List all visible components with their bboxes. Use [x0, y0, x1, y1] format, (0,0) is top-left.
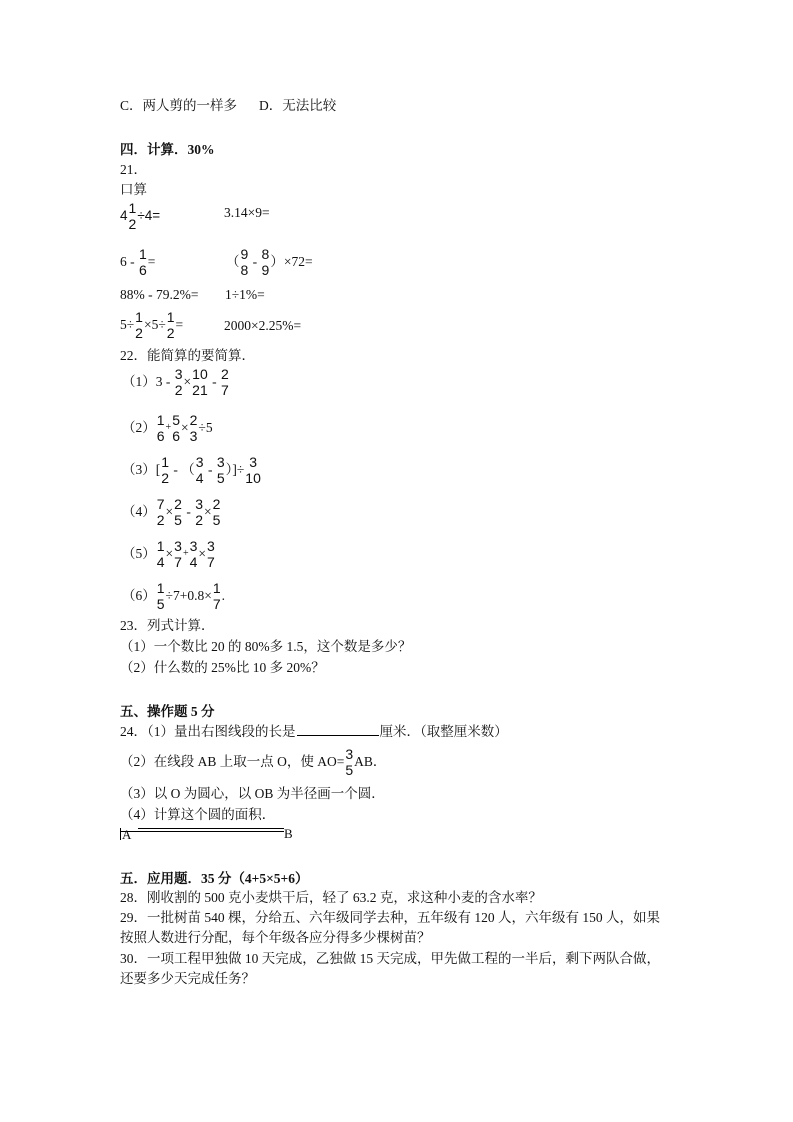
expr-text: （ — [226, 254, 240, 270]
expr-text: ÷4= — [137, 208, 160, 224]
expr-text: [ — [156, 462, 161, 478]
q21-label: 口算 — [120, 182, 147, 198]
fraction: 34 — [196, 454, 204, 486]
q21-item-a: 4 12 ÷4= — [120, 200, 160, 232]
q21-item-c: 6 - 16 = — [120, 246, 155, 278]
fraction: 14 — [157, 538, 165, 570]
part-label: （4） — [122, 504, 156, 520]
q21-item-b: 3.14×9= — [224, 205, 270, 221]
expr-text: = — [148, 254, 156, 270]
fraction: 17 — [213, 580, 221, 612]
q28: 28．刚收割的 500 克小麦烘干后，轻了 63.2 克，求这种小麦的含水率？ — [120, 890, 542, 906]
fraction: 15 — [157, 580, 165, 612]
section-4-title: 四．计算．30% — [120, 142, 215, 158]
fraction: 12 — [129, 200, 137, 232]
expr-text: + — [183, 546, 189, 562]
fraction: 98 — [241, 246, 249, 278]
q22-part-3: （3） [ 12 - （ 34 - 35 ）]÷ 310 — [122, 454, 262, 486]
q24-part-1-suffix: 厘米．（取整厘米数） — [380, 724, 508, 739]
q24-part-1-text: 24．（1）量出右图线段的长是 — [120, 724, 296, 739]
segment-line — [138, 828, 284, 829]
section-5-ops-title: 五、操作题 5 分 — [120, 704, 215, 720]
expr-text: - — [183, 504, 194, 520]
fraction: 35 — [345, 746, 353, 778]
fraction: 25 — [174, 496, 182, 528]
q24-part-4: （4）计算这个圆的面积． — [120, 807, 275, 823]
expr-text: . — [222, 588, 225, 604]
part-label: （6） — [122, 588, 156, 604]
expr-text: × — [166, 504, 174, 520]
q24-part-2: （2）在线段 AB 上取一点 O，使 AO= 35 AB． — [120, 746, 386, 778]
fraction: 16 — [157, 412, 165, 444]
q29-line-2: 按照人数进行分配，每个年级各应分得多少棵树苗？ — [120, 930, 431, 946]
expr-text: × — [181, 420, 189, 436]
fraction: 37 — [207, 538, 215, 570]
section-5-app-title: 五．应用题．35 分（4+5×5+6） — [120, 871, 308, 887]
fraction: 310 — [245, 454, 261, 486]
q23-part-2: （2）什么数的 25%比 10 多 20%？ — [120, 660, 325, 676]
point-a-label: A — [122, 828, 131, 841]
option-c: C．两人剪的一样多 — [120, 98, 237, 114]
q21-item-f: 1÷1%= — [225, 287, 265, 303]
fraction: 12 — [167, 309, 175, 341]
expr-text: × — [184, 374, 192, 390]
q21-item-d: （ 98 - 89 ）×72= — [226, 246, 313, 278]
q24-part-2-text: （2）在线段 AB 上取一点 O，使 AO= — [120, 754, 344, 770]
fraction: 72 — [157, 496, 165, 528]
whole-number: 4 — [120, 208, 128, 224]
part-label: （2） — [122, 420, 156, 436]
q21-item-h: 2000×2.25%= — [224, 318, 301, 334]
expr-text: 5÷ — [120, 317, 134, 333]
segment-start-tick — [120, 828, 121, 840]
fraction: 1021 — [192, 366, 208, 398]
expr-text: = — [176, 317, 184, 333]
expr-text: - — [249, 254, 260, 270]
expr-text: ÷7+0.8× — [166, 588, 212, 604]
q22-title: 22．能简算的要简算． — [120, 348, 255, 364]
expr-text: - （ — [170, 462, 195, 478]
q24-part-1: 24．（1）量出右图线段的长是厘米．（取整厘米数） — [120, 723, 508, 740]
expr-text: ）×72= — [270, 254, 312, 270]
expr-text: ÷5 — [198, 420, 212, 436]
q22-part-5: （5） 14 × 37 + 34 × 37 — [122, 538, 216, 570]
fraction: 56 — [172, 412, 180, 444]
q22-part-6: （6） 15 ÷7+0.8× 17 . — [122, 580, 225, 612]
option-d: D．无法比较 — [259, 98, 336, 114]
q23-part-1: （1）一个数比 20 的 80%多 1.5，这个数是多少？ — [120, 639, 411, 655]
segment-line — [120, 831, 284, 832]
fraction: 12 — [135, 309, 143, 341]
q23-title: 23．列式计算． — [120, 618, 215, 634]
fraction: 37 — [174, 538, 182, 570]
point-b-label: B — [284, 827, 293, 840]
fraction: 32 — [175, 366, 183, 398]
fraction: 16 — [139, 246, 147, 278]
q24-part-3: （3）以 O 为圆心，以 OB 为半径画一个圆． — [120, 786, 385, 802]
line-segment-ab: A B — [120, 826, 292, 840]
fraction: 25 — [213, 496, 221, 528]
expr-text: ）]÷ — [226, 462, 245, 478]
expr-text: ×5÷ — [144, 317, 166, 333]
expr-text: 6 - — [120, 254, 138, 270]
q30-line-2: 还要多少天完成任务？ — [120, 971, 255, 987]
q22-part-4: （4） 72 × 25 - 32 × 25 — [122, 496, 221, 528]
q22-part-2: （2） 16 + 56 × 23 ÷5 — [122, 412, 213, 444]
part-label: （3） — [122, 462, 156, 478]
part-label: （1） — [122, 374, 156, 390]
expr-text: 3 - — [156, 374, 174, 390]
expr-text: - — [209, 374, 220, 390]
q21-item-e: 88% - 79.2%= — [120, 287, 198, 303]
q29-line-1: 29．一批树苗 540 棵，分给五、六年级同学去种，五年级有 120 人，六年级… — [120, 910, 660, 926]
expr-text: + — [166, 420, 172, 436]
fraction: 32 — [195, 496, 203, 528]
fraction: 35 — [217, 454, 225, 486]
expr-text: × — [198, 546, 206, 562]
part-label: （5） — [122, 546, 156, 562]
answer-blank[interactable] — [297, 723, 379, 736]
q24-part-2-suffix: AB． — [354, 754, 386, 770]
fraction: 89 — [262, 246, 270, 278]
fraction: 23 — [190, 412, 198, 444]
expr-text: - — [205, 462, 216, 478]
q21-number: 21． — [120, 162, 147, 178]
q21-item-g: 5÷ 12 ×5÷ 12 = — [120, 309, 183, 341]
fraction: 34 — [190, 538, 198, 570]
fraction: 12 — [161, 454, 169, 486]
expr-text: × — [204, 504, 212, 520]
expr-text: × — [166, 546, 174, 562]
fraction: 27 — [221, 366, 229, 398]
q22-part-1: （1） 3 - 32 × 1021 - 27 — [122, 366, 230, 398]
q30-line-1: 30．一项工程甲独做 10 天完成，乙独做 15 天完成，甲先做工程的一半后，剩… — [120, 951, 660, 967]
